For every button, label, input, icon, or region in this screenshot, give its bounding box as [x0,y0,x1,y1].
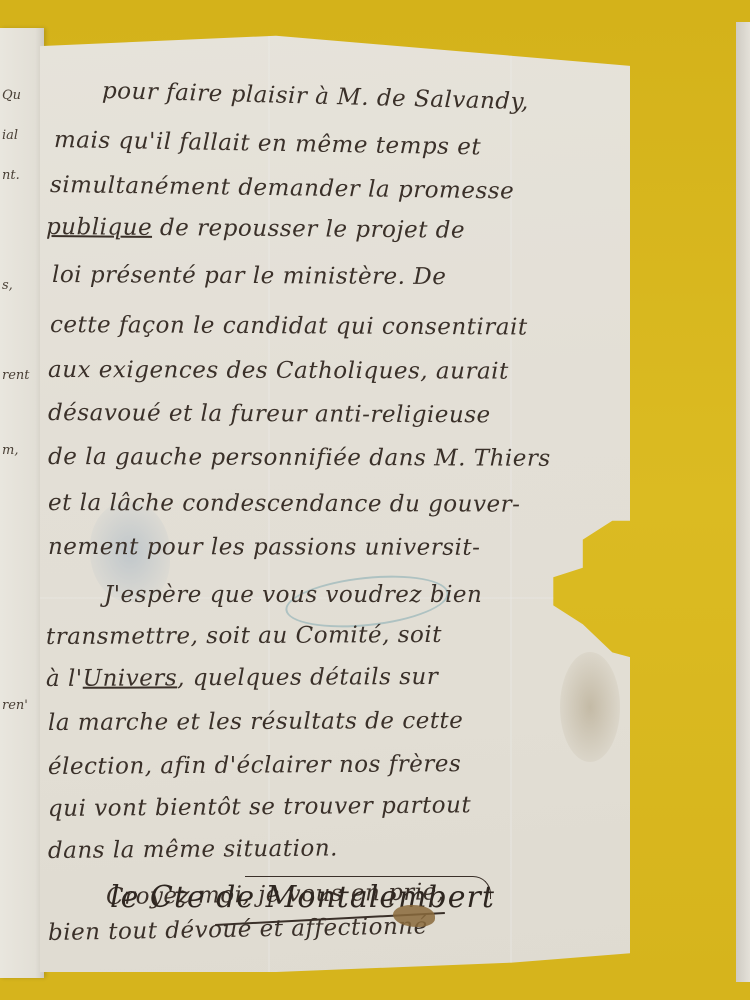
letter-line: bien tout dévoué et affectionné [48,913,428,946]
underlined-word: publique [46,214,152,241]
letter-body: pour faire plaisir à M. de Salvandy, mai… [40,32,630,972]
letter-line: la marche et les résultats de cette [48,708,464,736]
letter-line: à l'Univers, quelques détails sur [46,664,438,692]
left-page-fragment: rent [2,368,30,383]
line-rest: de repousser le projet de [152,215,465,244]
letter-line: dans la même situation. [48,835,338,864]
letter-line: aux exigences des Catholiques, aurait [48,357,509,385]
letter-page: pour faire plaisir à M. de Salvandy, mai… [40,32,630,972]
letter-line: transmettre, soit au Comité, soit [46,622,442,650]
letter-line: qui vont bientôt se trouver partout [48,792,471,822]
left-page-fragment: Qu [2,88,21,103]
letter-line: cette façon le candidat qui consentirait [50,312,528,341]
letter-line: et la lâche condescendance du gouver- [48,490,520,518]
left-page-fragment: ial [2,128,18,143]
next-page-edge [736,22,750,982]
line-rest: , quelques détails sur [177,664,438,691]
letter-line: de la gauche personnifiée dans M. Thiers [48,444,551,472]
letter-line: loi présenté par le ministère. De [52,262,447,290]
signature: le Cte de Montalembert [110,880,495,915]
letter-line: mais qu'il fallait en même temps et [54,127,482,160]
left-page-fragment: nt. [2,168,20,183]
letter-line: simultanément demander la promesse [50,172,515,204]
left-page-fragment: ren' [2,698,28,713]
letter-line: pour faire plaisir à M. de Salvandy, [102,78,530,115]
line-start: à l' [46,666,83,692]
letter-line: nement pour les passions universit- [48,534,480,561]
letter-line: publique de repousser le projet de [46,214,465,244]
previous-page-edge: Qu ial nt. s, rent m, ren' [0,28,44,978]
letter-line: élection, afin d'éclairer nos frères [48,751,461,780]
underlined-word: Univers [83,665,178,691]
left-page-fragment: m, [2,443,18,458]
left-page-fragment: s, [2,278,13,293]
letter-line: désavoué et la fureur anti-religieuse [48,400,491,428]
letter-line: J'espère que vous voudrez bien [104,582,482,608]
